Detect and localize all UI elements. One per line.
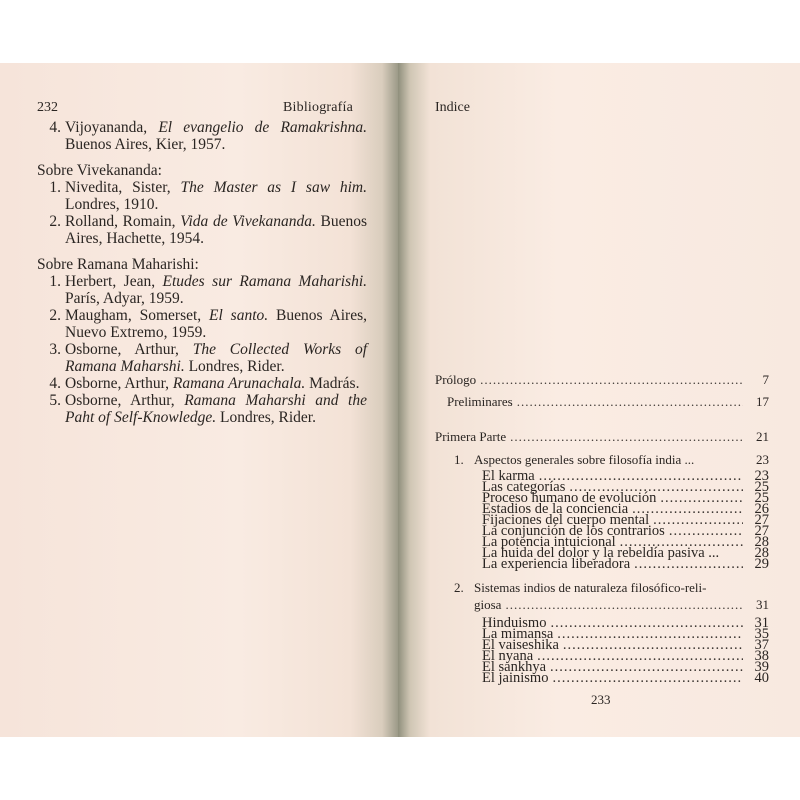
entry-text: Nivedita, Sister, The Master as I saw hi… xyxy=(65,179,367,213)
entry-text: Rolland, Romain, Vida de Vivekananda. Bu… xyxy=(65,213,367,247)
bib-entry: 1. Herbert, Jean, Etudes sur Ramana Maha… xyxy=(37,273,367,307)
page-number-right: 233 xyxy=(591,692,611,708)
toc-chapter-2: 2.Sistemas indios de naturaleza filosófi… xyxy=(435,580,769,597)
toc-page: 21 xyxy=(747,429,769,445)
leader-dots xyxy=(505,597,743,613)
left-page: 232 Bibliografía 4. Vijoyananda, El evan… xyxy=(0,63,398,737)
bib-entry: 1. Nivedita, Sister, The Master as I saw… xyxy=(37,179,367,213)
toc-row-primera-parte: Primera Parte 21 xyxy=(435,429,769,446)
toc-label: Preliminares xyxy=(447,394,513,410)
bib-entry: 4. Osborne, Arthur, Ramana Arunachala. M… xyxy=(37,375,367,392)
entry-text: Osborne, Arthur, Ramana Arunachala. Madr… xyxy=(65,375,367,392)
section-heading: Sobre Ramana Maharishi: xyxy=(37,256,367,273)
toc-row-preliminares: Preliminares 17 xyxy=(435,394,769,411)
toc-page: 17 xyxy=(747,394,769,410)
entry-text: Herbert, Jean, Etudes sur Ramana Maharis… xyxy=(65,273,367,307)
entry-number: 4. xyxy=(37,375,65,392)
toc-label: 2.Sistemas indios de naturaleza filosófi… xyxy=(454,580,706,596)
toc-page: 23 xyxy=(747,452,769,468)
page-number-left: 232 xyxy=(37,100,58,116)
entry-number: 2. xyxy=(37,307,65,341)
chapter-1-items: El karma23 Las categorías25 Proceso huma… xyxy=(435,471,769,570)
running-head-right: Indice xyxy=(435,100,470,116)
bib-entry: 2. Maugham, Somerset, El santo. Buenos A… xyxy=(37,307,367,341)
entry-text: Vijoyananda, El evangelio de Ramakrishna… xyxy=(65,119,367,153)
leader-dots xyxy=(480,372,743,388)
right-page: Indice Prólogo 7 Preliminares 17 Primera… xyxy=(398,63,800,737)
toc-label: Primera Parte xyxy=(435,429,506,445)
bib-entry: 5. Osborne, Arthur, Ramana Maharshi and … xyxy=(37,392,367,426)
bibliography: 4. Vijoyananda, El evangelio de Ramakris… xyxy=(37,119,367,426)
toc-subitem: La experiencia liberadora29 xyxy=(435,559,769,570)
toc-label: 1.Aspectos generales sobre filosofía ind… xyxy=(454,452,694,468)
bib-entry: 3. Osborne, Arthur, The Collected Works … xyxy=(37,341,367,375)
entry-text: Maugham, Somerset, El santo. Buenos Aire… xyxy=(65,307,367,341)
entry-number: 3. xyxy=(37,341,65,375)
running-head-left: Bibliografía xyxy=(283,100,353,116)
bib-entry: 2. Rolland, Romain, Vida de Vivekananda.… xyxy=(37,213,367,247)
entry-number: 5. xyxy=(37,392,65,426)
toc-subitem: El jainismo40 xyxy=(435,673,769,684)
toc-page: 7 xyxy=(747,372,769,388)
toc-label: giosa xyxy=(474,597,501,613)
entry-number: 2. xyxy=(37,213,65,247)
toc-chapter-1: 1.Aspectos generales sobre filosofía ind… xyxy=(435,452,769,469)
bib-entry: 4. Vijoyananda, El evangelio de Ramakris… xyxy=(37,119,367,153)
entry-text: Osborne, Arthur, Ramana Maharshi and the… xyxy=(65,392,367,426)
toc-chapter-2-cont: giosa 31 xyxy=(435,597,769,614)
entry-text: Osborne, Arthur, The Collected Works of … xyxy=(65,341,367,375)
section-heading: Sobre Vivekananda: xyxy=(37,162,367,179)
table-of-contents: Prólogo 7 Preliminares 17 Primera Parte … xyxy=(435,372,769,684)
toc-row-prologo: Prólogo 7 xyxy=(435,372,769,389)
toc-page: 31 xyxy=(747,597,769,613)
entry-number: 1. xyxy=(37,273,65,307)
open-book: 232 Bibliografía 4. Vijoyananda, El evan… xyxy=(0,63,800,737)
entry-number: 1. xyxy=(37,179,65,213)
leader-dots xyxy=(517,394,743,410)
entry-number: 4. xyxy=(37,119,65,153)
chapter-2-items: Hinduismo31 La mimansa35 El vaiseshika37… xyxy=(435,618,769,684)
leader-dots xyxy=(510,429,743,445)
toc-label: Prólogo xyxy=(435,372,476,388)
